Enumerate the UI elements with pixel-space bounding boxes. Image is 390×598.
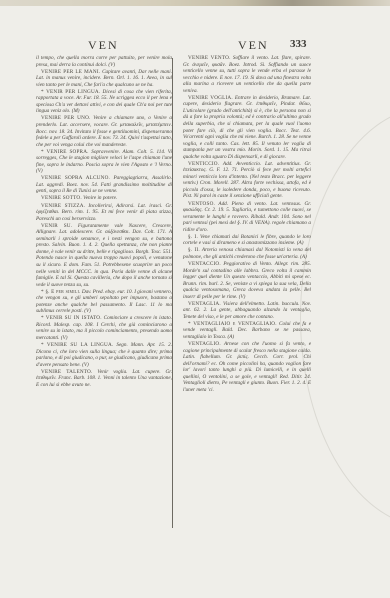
entry-headword: VENIRE SOPRA ALCUNO. xyxy=(41,175,110,181)
entry-headword: * VENIRE SU LA LINGUA. xyxy=(41,342,113,348)
entry-headword: VENIRE VENTO. xyxy=(188,55,231,61)
dictionary-entry: VENTOSO. Add. Pieno di vento. Lat. vento… xyxy=(183,201,311,234)
entry-definition: Arteria venosa chiamasi dal Notomisti la… xyxy=(183,247,311,260)
dictionary-entry: il tempo, che quella morra corre per pat… xyxy=(36,55,172,68)
entry-headword: VENTAGLIO. xyxy=(188,341,221,347)
dictionary-entry: VENIRE SOPRA ALCUNO. Pareggiagtiarra, As… xyxy=(36,175,172,195)
dictionary-entry: VENIRE STIZZA. Incollerirsi, Adirarsi. L… xyxy=(36,203,172,223)
header-right-guideword: VEN xyxy=(238,38,269,53)
entry-headword: * VENIR SU IN ISTATO. xyxy=(41,315,102,321)
entry-headword: VENIRE PER LE MANI. xyxy=(41,69,100,75)
entry-headword: VENIR SU. xyxy=(41,223,72,229)
dictionary-entry: VENIRE PER LE MANI. Capitare avanti, Dar… xyxy=(36,69,172,89)
dictionary-entry: VENTICCIO. Add. Avventiccio. Lat. advent… xyxy=(183,161,311,200)
entry-definition: Entrare in desiderio, Bramare. Lat. cupe… xyxy=(183,95,311,160)
dictionary-entry: §. I. Vene chiamati dai Botanici le fibr… xyxy=(183,234,311,247)
entry-headword: VENIRE TALENTO. xyxy=(41,369,93,375)
dictionary-entry: VENIRE VOGLIA. Entrare in desiderio, Bra… xyxy=(183,95,311,160)
header-left-guideword: VEN xyxy=(88,38,119,53)
dictionary-entry: §. II. Arteria venosa chiamasi dal Notom… xyxy=(183,247,311,260)
entry-headword: * VENTAGLIAIO e VENTAGLIAIO. xyxy=(188,321,277,327)
entry-headword: VENTACCIO. xyxy=(188,261,221,267)
dictionary-entry: VENTACCIO. Peggiorativo di Vento. Allegr… xyxy=(183,261,311,300)
dictionary-entry: VENTAGLIA. Visiera dell'elmetto. Latin. … xyxy=(183,301,311,321)
dictionary-entry: * VENTAGLIAIO e VENTAGLIAIO. Colui che f… xyxy=(183,321,311,341)
dictionary-entry: * §. E per simili. Dav. Pred. ebay. eur.… xyxy=(36,289,172,315)
entry-definition: Vene chiamati dai Botanici le fibre, qua… xyxy=(183,234,311,247)
running-header: VEN VEN 333 xyxy=(0,38,390,52)
entry-headword: VENTAGLIA. xyxy=(188,301,221,307)
left-column: il tempo, che quella morra corre per pat… xyxy=(36,55,172,389)
dictionary-entry: VENTAGLIO. Arnese con che l'uomo si fa v… xyxy=(183,341,311,393)
dictionary-entry: VENIR SU. Figuratamente vale Nascere, Cr… xyxy=(36,223,172,288)
dictionary-entry: * VENIR SU IN ISTATO. Cominciare a cresc… xyxy=(36,315,172,341)
dictionary-entry: * VENIRE SOPRA. Sopravvenire. Alam. Colt… xyxy=(36,149,172,175)
entry-definition: Figuratamente vale Nascere, Crescere, Al… xyxy=(36,223,172,288)
entry-headword: §. II. xyxy=(188,247,200,253)
page-number: 333 xyxy=(290,38,307,50)
entry-headword: VENIRE PER UNO. xyxy=(41,115,91,121)
entry-definition: Venire in potere. xyxy=(83,195,117,201)
entry-definition: Arnese con che l'uomo si fa vento, e cag… xyxy=(183,341,311,393)
entry-headword: §. I. xyxy=(188,234,198,240)
entry-definition: Add. Avventiccio. Lat. adventitius. Gr. … xyxy=(183,161,311,200)
page-curl-shadow xyxy=(300,106,390,528)
column-divider xyxy=(172,58,173,528)
entry-headword: VENTOSO. xyxy=(188,201,215,207)
entry-definition: Soffiare il vento. Lat. flare, spirare. … xyxy=(183,55,311,94)
entry-headword: VENIRE SOTTO. xyxy=(41,195,82,201)
dictionary-entry: * VENIR PER LINGUA. Dicesi di cosa che v… xyxy=(36,89,172,115)
dictionary-entry: VENIRE VENTO. Soffiare il vento. Lat. fl… xyxy=(183,55,311,94)
entry-headword: * VENIRE SOPRA. xyxy=(41,149,89,155)
entry-definition: Peggiorativo di Vento. Allegr. rim. 285.… xyxy=(183,261,311,300)
entry-definition: il tempo, che quella morra corre per pat… xyxy=(36,55,172,68)
dictionary-entry: VENIRE TALENTO. Venir voglia. Lat. cuper… xyxy=(36,369,172,389)
entry-headword: VENIRE STIZZA. xyxy=(41,203,85,209)
dictionary-entry: * VENIRE SU LA LINGUA. Segn. Mann. Apr. … xyxy=(36,342,172,368)
dictionary-entry: VENIRE SOTTO. Venire in potere. xyxy=(36,195,172,202)
entry-headword: VENTICCIO. xyxy=(188,161,219,167)
entry-headword: VENIRE VOGLIA. xyxy=(188,95,233,101)
entry-headword: * §. E per simili. xyxy=(41,289,80,295)
right-column: VENIRE VENTO. Soffiare il vento. Lat. fl… xyxy=(183,55,311,394)
dictionary-entry: VENIRE PER UNO. Venire a chiamare uno, o… xyxy=(36,115,172,148)
entry-headword: * VENIR PER LINGUA. xyxy=(41,89,100,95)
